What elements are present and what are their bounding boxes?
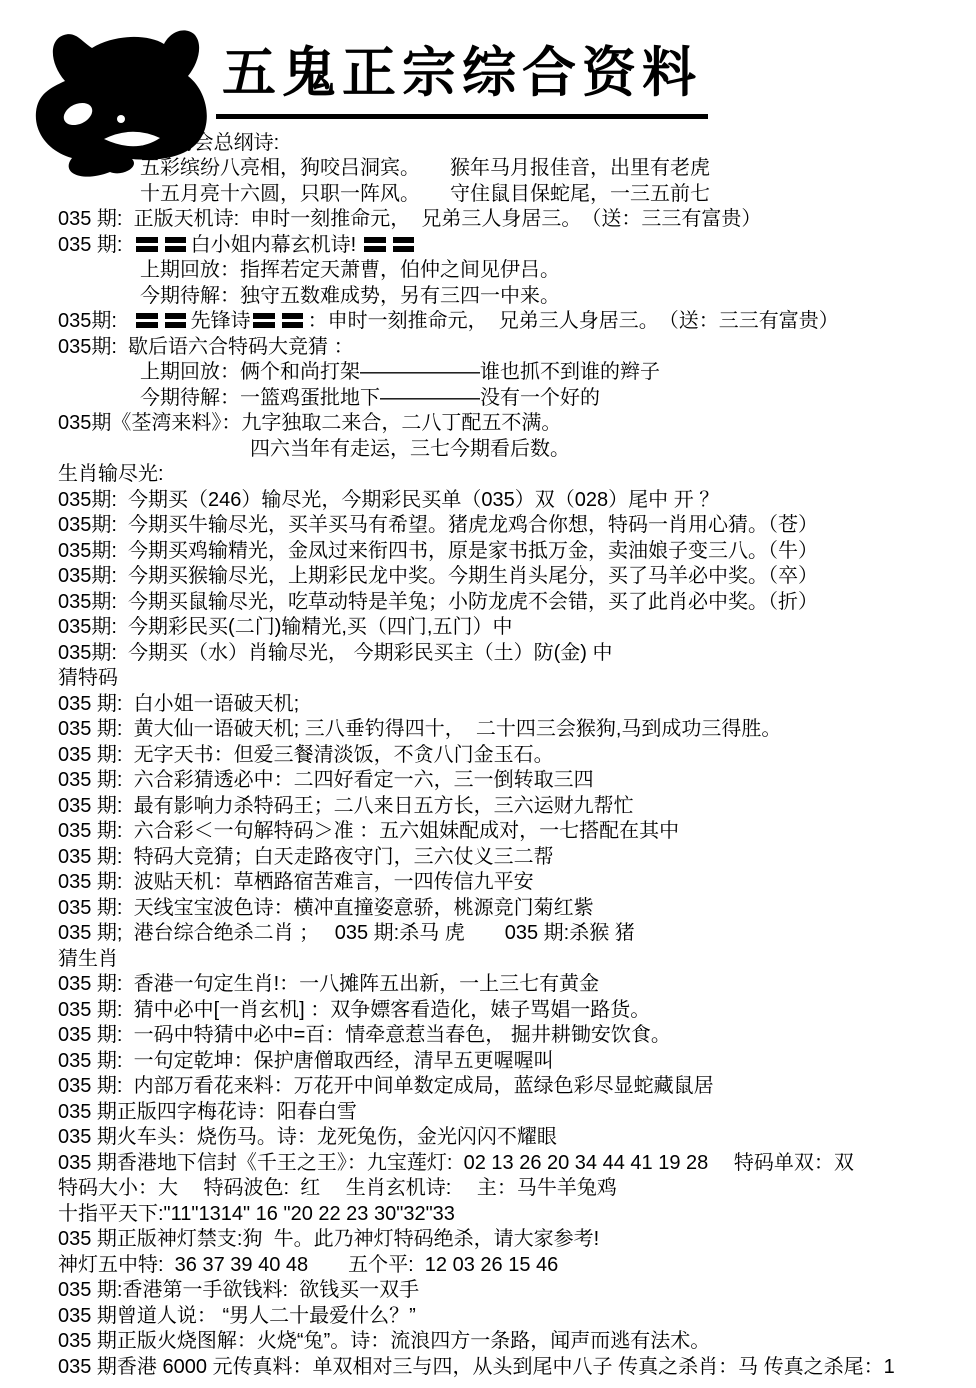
line-text: 上期回放：指挥若定天萧曹，伯仲之间见伊吕。 [140, 259, 560, 281]
line-text: 035 期正版火烧图解：火烧“兔”。诗：流浪四方一条路，闻声而逃有法术。 [58, 1330, 710, 1352]
text-line: 今期待解：一篮鸡蛋批地下—————没有一个好的 [58, 386, 976, 412]
text-line: 特码大小：大 特码波色: 红 生肖玄机诗: 主：马牛羊兔鸡 [58, 1176, 976, 1202]
text-line: 035 期: 无字天书：但爱三餐清淡饭，不贪八门金玉石。 [58, 743, 976, 769]
line-text: 035 期香港 6000 元传真料：单双相对三与四，从头到尾中八子 传真之杀肖：… [58, 1356, 895, 1378]
line-text: 035 期正版神灯禁支:狗 牛。此乃神灯特码绝杀，请大家参考! [58, 1228, 599, 1250]
line-text: 五彩缤纷八亮相，狗咬吕洞宾。 猴年马月报佳音，出里有老虎 [140, 157, 710, 179]
line-text: 035 期香港地下信封《千王之王》：九宝莲灯: 02 13 26 20 34 4… [58, 1152, 854, 1174]
text-line: 035 期正版四字梅花诗：阳春白雪 [58, 1100, 976, 1126]
line-text: 035 期正版四字梅花诗：阳春白雪 [58, 1101, 357, 1123]
text-line: 035 期: 香港一句定生肖!：一八摊阵五出新，一上三七有黄金 [58, 972, 976, 998]
text-line: 035期: 今期买（246）输尽光，今期彩民买单（035）双（028）尾中 开 … [58, 488, 976, 514]
line-text: 035 期; 港台综合绝杀二肖 ； 035 期:杀马 虎 035 期:杀猴 猪 [58, 922, 635, 944]
text-line: 035期: 今期买牛输尽光，买羊买马有希望。猪虎龙鸡合你想，特码一肖用心猜。（苍… [58, 513, 976, 539]
line-text: 035 期: 最有影响力杀特码王；二八来日五方长，三六运财九帮忙 [58, 795, 634, 817]
text-line: 035 期: 六合彩猜透必中：二四好看定一六，三一倒转取三四 [58, 768, 976, 794]
line-text: 035 期:香港第一手欲钱料: 欲钱买一双手 [58, 1279, 419, 1301]
line-text: 035 期: 无字天书：但爱三餐清淡饭，不贪八门金玉石。 [58, 744, 554, 766]
text-line: 十五月亮十六圆，只职一阵风。 守住鼠目保蛇尾，一三五前七 [58, 182, 976, 208]
double-bar-icon [253, 313, 303, 328]
line-text: 035 期: 六合彩猜透必中：二四好看定一六，三一倒转取三四 [58, 769, 594, 791]
line-text: 猜特码 [58, 667, 118, 689]
line-text: 035 期: 白小姐一语破天机; [58, 693, 299, 715]
text-line: 035 期香港 6000 元传真料：单双相对三与四，从头到尾中八子 传真之杀肖：… [58, 1355, 976, 1381]
line-text: 035 期: 六合彩＜一句解特码＞准 ：五六姐妹配成对，一七搭配在其中 [58, 820, 679, 842]
line-text: 十指平天下:"11"1314" 16 "20 22 23 30"32"33 [58, 1203, 455, 1225]
text-line: 035 期正版火烧图解：火烧“兔”。诗：流浪四方一条路，闻声而逃有法术。 [58, 1329, 976, 1355]
line-text: 035 期: 正版天机诗: 申时一刻推命元， 兄弟三人身居三。 （送：三三有富贵… [58, 208, 761, 230]
line-text: 白小姐内幕玄机诗! [191, 234, 362, 256]
text-line: 035 期:香港第一手欲钱料: 欲钱买一双手 [58, 1278, 976, 1304]
text-line: 035 期: 猜中必中[一肖玄机] ：双争嫖客看造化，婊子骂娼一路货。 [58, 998, 976, 1024]
line-text: 035期: 今期买（246）输尽光，今期彩民买单（035）双（028）尾中 开 … [58, 489, 719, 511]
line-text: 035 期曾道人说： “男人二十最爱什么？” [58, 1305, 416, 1327]
line-text: 035 期: 天线宝宝波色诗：横冲直撞姿意骄，桃源竞门菊红紫 [58, 897, 594, 919]
text-line: 035 期: 白小姐一语破天机; [58, 692, 976, 718]
line-text: 035 期: 一句定乾坤：保护唐僧取西经，清早五更喔喔叫 [58, 1050, 554, 1072]
line-text: 035期: [58, 310, 134, 332]
document-lines: 035 期: 香港马会总纲诗:五彩缤纷八亮相，狗咬吕洞宾。 猴年马月报佳音，出里… [58, 131, 976, 1381]
text-line: 四六当年有走运，三七今期看后数。 [58, 437, 976, 463]
double-bar-icon [136, 237, 186, 252]
text-line: 猜生肖 [58, 947, 976, 973]
text-line: 035 期香港地下信封《千王之王》：九宝莲灯: 02 13 26 20 34 4… [58, 1151, 976, 1177]
line-text: 035 期: 特码大竞猜；白天走路夜守门，三六仗义三二帮 [58, 846, 554, 868]
text-line: 035期: 今期彩民买(二门)输精光,买（四门,五门）中 [58, 615, 976, 641]
double-bar-icon [136, 313, 186, 328]
text-line: 035期: 先锋诗：申时一刻推命元， 兄弟三人身居三。 （送：三三有富贵） [58, 309, 976, 335]
text-line: 神灯五中特: 36 37 39 40 48 五个平: 12 03 26 15 4… [58, 1253, 976, 1279]
line-text: 035期: 今期买鼠输尽光，吃草动特是羊兔；小防龙虎不会错，买了此肖必中奖。（折… [58, 591, 818, 613]
text-line: 035 期: 一句定乾坤：保护唐僧取西经，清早五更喔喔叫 [58, 1049, 976, 1075]
text-line: 035 期: 天线宝宝波色诗：横冲直撞姿意骄，桃源竞门菊红紫 [58, 896, 976, 922]
text-line: 上期回放：指挥若定天萧曹，伯仲之间见伊吕。 [58, 258, 976, 284]
text-line: 猜特码 [58, 666, 976, 692]
line-text: 上期回放：俩个和尚打架——————谁也抓不到谁的辫子 [140, 361, 660, 383]
text-line: 035期: 歇后语六合特码大竞猜 ： [58, 335, 976, 361]
line-text: 先锋诗 [191, 310, 251, 332]
text-line: 035期: 今期买猴输尽光，上期彩民龙中奖。今期生肖头尾分，买了马羊必中奖。（卒… [58, 564, 976, 590]
text-line: 035 期: 内部万看花来料：万花开中间单数定成局，蓝绿色彩尽显蛇藏鼠居 [58, 1074, 976, 1100]
line-text: 特码大小：大 特码波色: 红 生肖玄机诗: 主：马牛羊兔鸡 [58, 1177, 617, 1199]
line-text: 生肖输尽光: [58, 463, 164, 485]
line-text: 035期: 今期彩民买(二门)输精光,买（四门,五门）中 [58, 616, 512, 638]
text-line: 035 期: 一码中特猜中必中=百：情牵意惹当春色， 掘井耕锄安饮食。 [58, 1023, 976, 1049]
text-line: 035期: 今期买鸡输精光，金凤过来衔四书，原是家书抵万金，卖油娘子变三八。（牛… [58, 539, 976, 565]
text-line: 035 期; 港台综合绝杀二肖 ； 035 期:杀马 虎 035 期:杀猴 猪 [58, 921, 976, 947]
line-text: 035 期: 黄大仙一语破天机; 三八垂钓得四十， 二十四三会猴狗,马到成功三得… [58, 718, 781, 740]
text-line: 035 期正版神灯禁支:狗 牛。此乃神灯特码绝杀，请大家参考! [58, 1227, 976, 1253]
line-text: 035期: 今期买牛输尽光，买羊买马有希望。猪虎龙鸡合你想，特码一肖用心猜。（苍… [58, 514, 818, 536]
text-line: 035期: 今期买（水）肖输尽光， 今期彩民买主（土）防(金) 中 [58, 641, 976, 667]
line-text: 035期《荃湾来料》：九字独取二来合，二八丁配五不满。 [58, 412, 561, 434]
line-text: 035期: 今期买鸡输精光，金凤过来衔四书，原是家书抵万金，卖油娘子变三八。（牛… [58, 540, 818, 562]
text-line: 035 期: 正版天机诗: 申时一刻推命元， 兄弟三人身居三。 （送：三三有富贵… [58, 207, 976, 233]
line-text: 035 期: [58, 234, 134, 256]
text-line: 上期回放：俩个和尚打架——————谁也抓不到谁的辫子 [58, 360, 976, 386]
line-text: 035 期: 一码中特猜中必中=百：情牵意惹当春色， 掘井耕锄安饮食。 [58, 1024, 671, 1046]
devil-head-logo [20, 26, 220, 178]
text-line: 035期《荃湾来料》：九字独取二来合，二八丁配五不满。 [58, 411, 976, 437]
text-line: 035 期曾道人说： “男人二十最爱什么？” [58, 1304, 976, 1330]
line-text: 035 期: 香港一句定生肖!：一八摊阵五出新，一上三七有黄金 [58, 973, 599, 995]
line-text: 四六当年有走运，三七今期看后数。 [250, 438, 570, 460]
text-line: 035 期: 最有影响力杀特码王；二八来日五方长，三六运财九帮忙 [58, 794, 976, 820]
line-text: 神灯五中特: 36 37 39 40 48 五个平: 12 03 26 15 4… [58, 1254, 558, 1276]
text-line: 今期待解：独守五数难成势，另有三四一中来。 [58, 284, 976, 310]
text-line: 035 期: 特码大竞猜；白天走路夜守门，三六仗义三二帮 [58, 845, 976, 871]
text-line: 035 期: 波贴天机：草栖路宿苦难言，一四传信九平安 [58, 870, 976, 896]
line-text: 035 期: 猜中必中[一肖玄机] ：双争嫖客看造化，婊子骂娼一路货。 [58, 999, 650, 1021]
line-text: 猜生肖 [58, 948, 118, 970]
line-text: ：申时一刻推命元， 兄弟三人身居三。 （送：三三有富贵） [308, 310, 839, 332]
line-text: 035 期: 波贴天机：草栖路宿苦难言，一四传信九平安 [58, 871, 534, 893]
line-text: 今期待解：独守五数难成势，另有三四一中来。 [140, 285, 560, 307]
double-bar-icon [364, 237, 414, 252]
line-text: 035期: 今期买（水）肖输尽光， 今期彩民买主（土）防(金) 中 [58, 642, 612, 664]
text-line: 035期: 今期买鼠输尽光，吃草动特是羊兔；小防龙虎不会错，买了此肖必中奖。（折… [58, 590, 976, 616]
text-line: 生肖输尽光: [58, 462, 976, 488]
text-line: 035 期: 黄大仙一语破天机; 三八垂钓得四十， 二十四三会猴狗,马到成功三得… [58, 717, 976, 743]
line-text: 今期待解：一篮鸡蛋批地下—————没有一个好的 [140, 387, 600, 409]
text-line: 035 期: 六合彩＜一句解特码＞准 ：五六姐妹配成对，一七搭配在其中 [58, 819, 976, 845]
text-line: 035 期: 白小姐内幕玄机诗! [58, 233, 976, 259]
page-title: 五鬼正宗综合资料 [216, 36, 708, 119]
text-line: 十指平天下:"11"1314" 16 "20 22 23 30"32"33 [58, 1202, 976, 1228]
line-text: 035期: 今期买猴输尽光，上期彩民龙中奖。今期生肖头尾分，买了马羊必中奖。（卒… [58, 565, 818, 587]
line-text: 035期: 歇后语六合特码大竞猜 ： [58, 336, 354, 358]
line-text: 035 期火车头：烧伤马。诗：龙死兔伤，金光闪闪不耀眼 [58, 1126, 557, 1148]
line-text: 十五月亮十六圆，只职一阵风。 守住鼠目保蛇尾，一三五前七 [140, 183, 710, 205]
text-line: 035 期火车头：烧伤马。诗：龙死兔伤，金光闪闪不耀眼 [58, 1125, 976, 1151]
line-text: 035 期: 内部万看花来料：万花开中间单数定成局，蓝绿色彩尽显蛇藏鼠居 [58, 1075, 714, 1097]
